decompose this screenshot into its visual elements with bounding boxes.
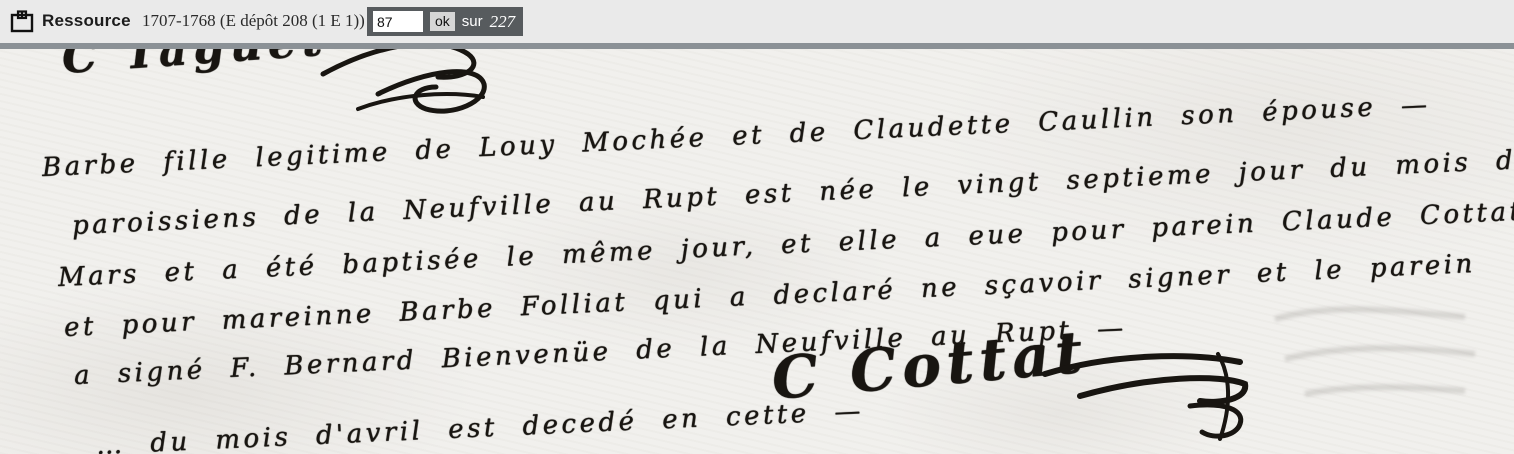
ok-button[interactable]: ok <box>430 12 455 31</box>
page-count-total: 227 <box>490 12 516 32</box>
bleed-through-marks <box>1265 299 1485 419</box>
page-count-separator: sur <box>462 13 483 30</box>
signature-main-flourish <box>1040 344 1250 449</box>
toolbar: Ressource 1707-1768 (E dépôt 208 (1 E 1)… <box>0 0 1514 43</box>
archive-book-icon <box>10 9 34 34</box>
signature-paraph-flourish <box>318 49 488 134</box>
manuscript-partial-bottom-line: … du mois d'avril est decedé en cette — <box>95 396 864 454</box>
page-navigator: ok sur 227 <box>367 7 523 36</box>
signature-previous-record: C Taguet <box>60 49 329 84</box>
document-viewer[interactable]: C Taguet Barbe fille legitime de Louy Mo… <box>0 49 1514 454</box>
page-number-input[interactable] <box>373 11 423 32</box>
resource-title: 1707-1768 (E dépôt 208 (1 E 1)) <box>142 11 365 31</box>
resource-label: Ressource <box>42 11 131 31</box>
